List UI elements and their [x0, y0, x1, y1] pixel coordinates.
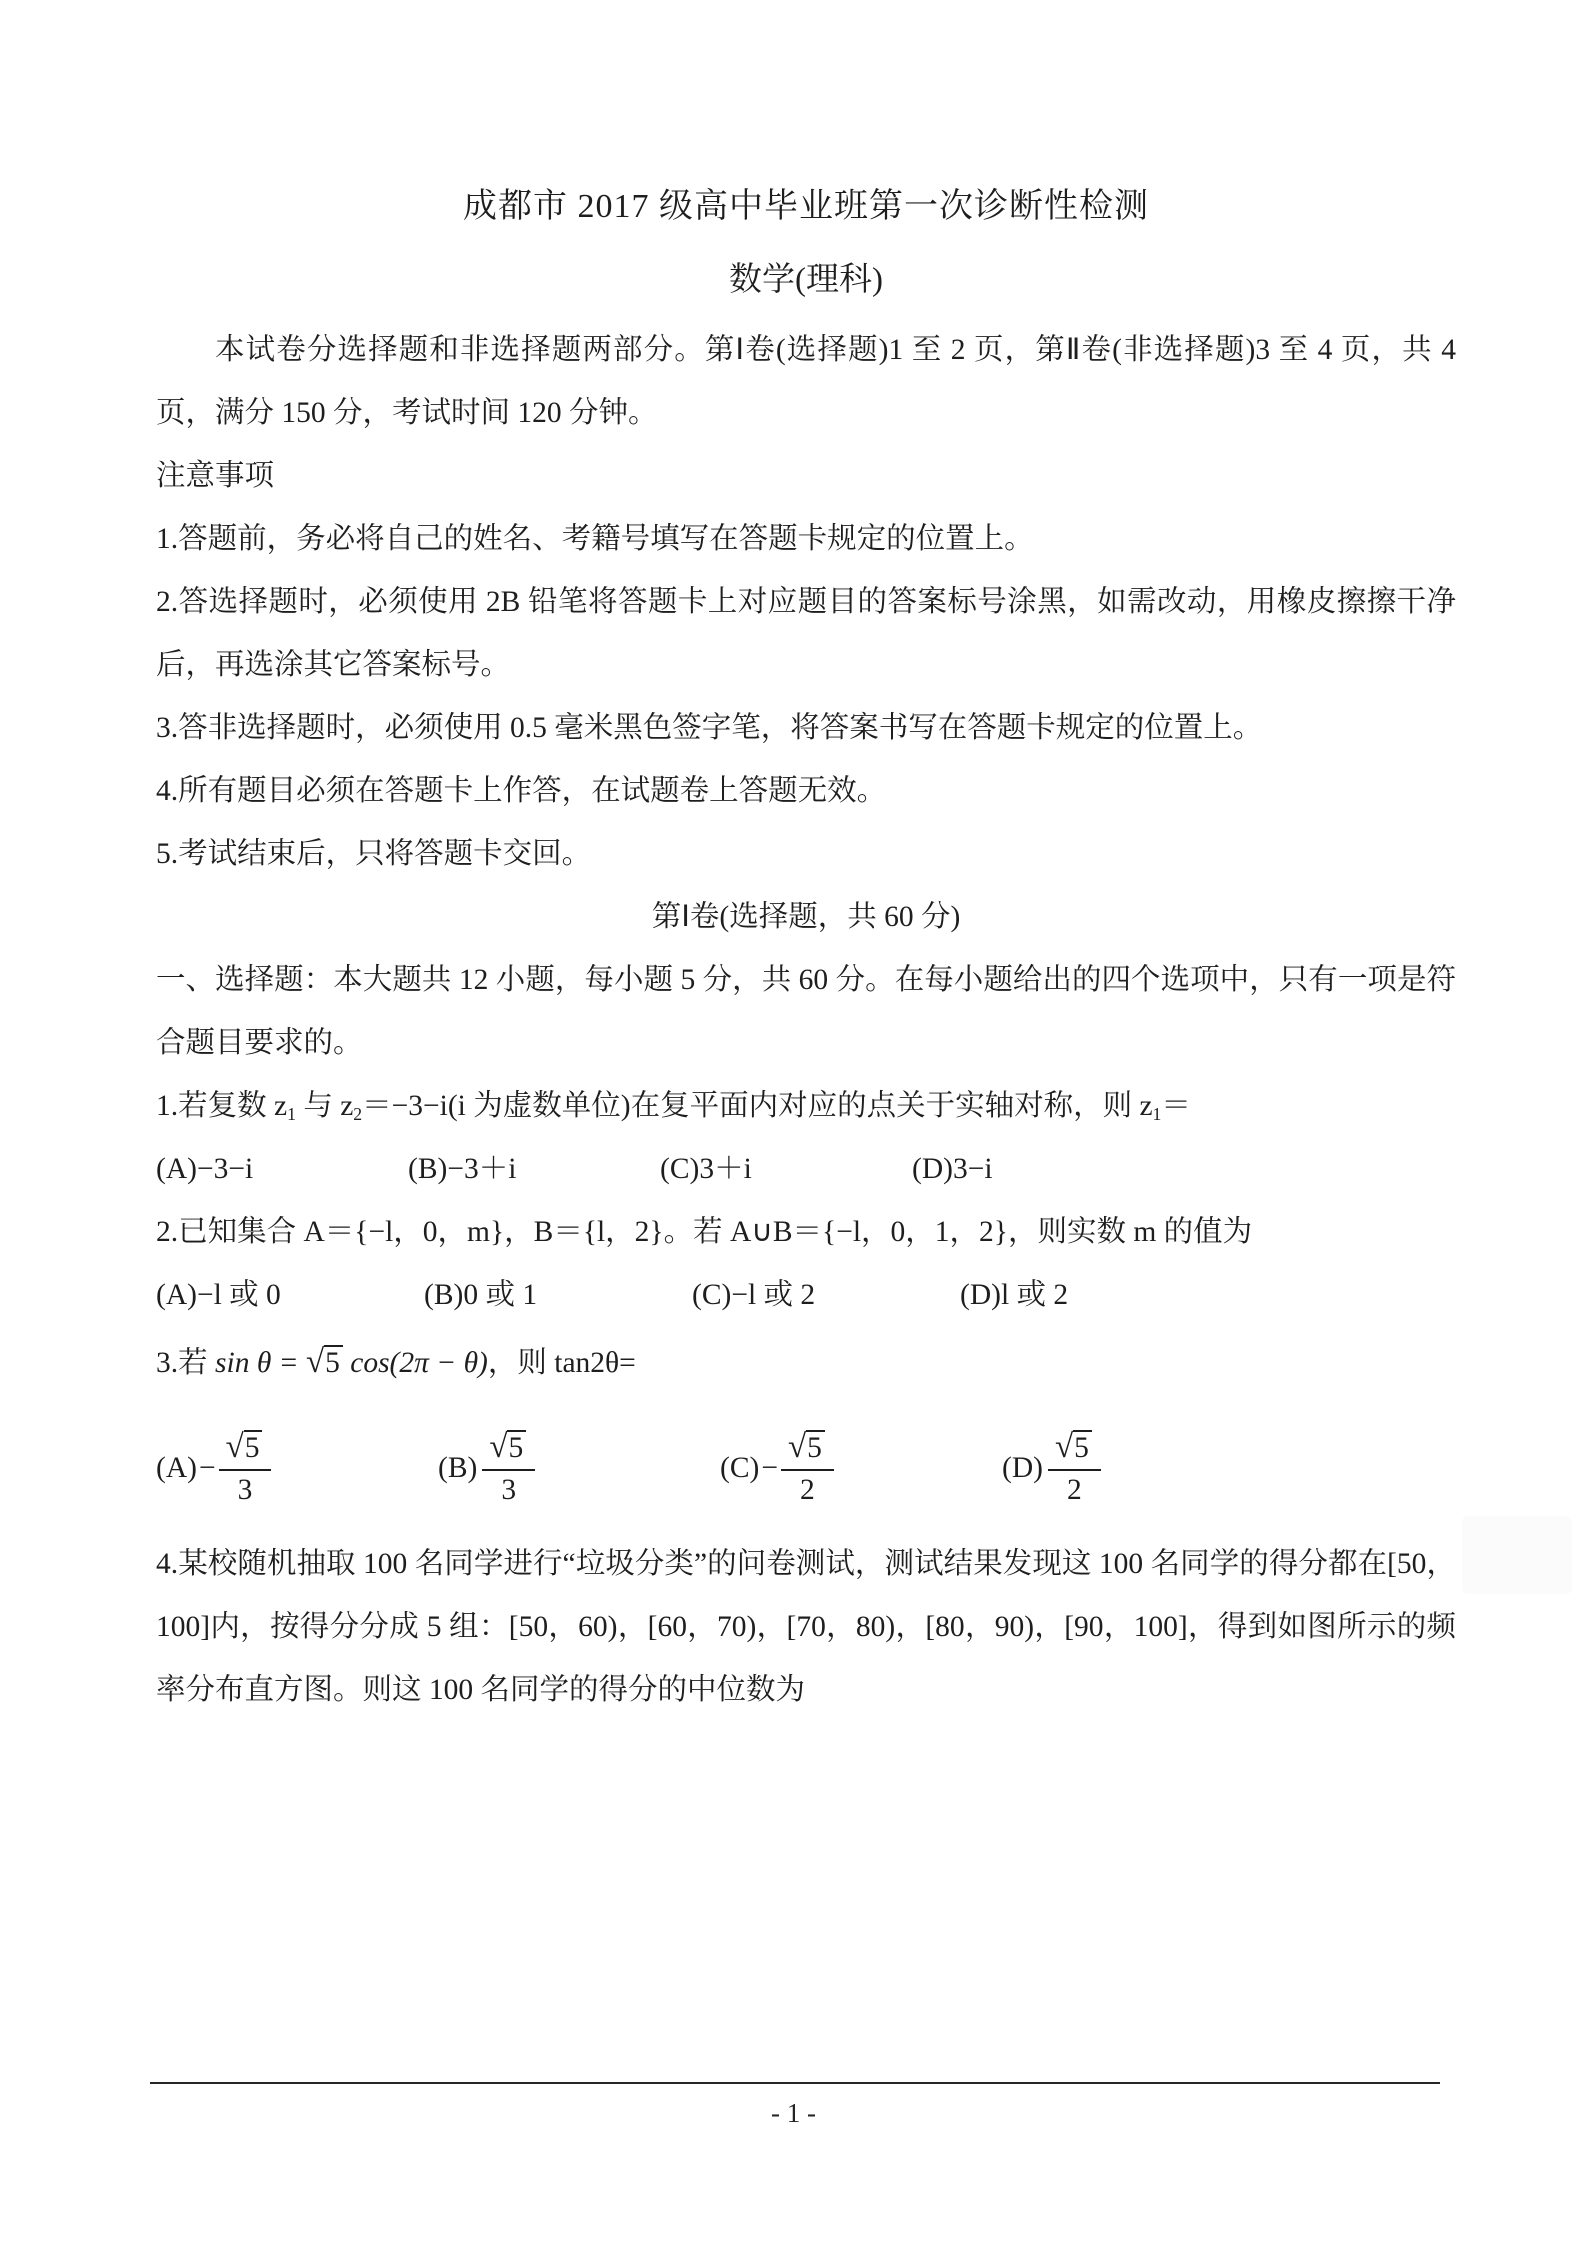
notes-heading: 注意事项 [156, 445, 1456, 508]
note-item-5: 5.考试结束后，只将答题卡交回。 [156, 823, 1456, 886]
minus-sign: − [199, 1437, 216, 1500]
question-1-text: 与 z [296, 1090, 353, 1122]
question-4-stem: 4.某校随机抽取 100 名同学进行“垃圾分类”的问卷测试，测试结果发现这 10… [156, 1533, 1456, 1722]
question-1-option-c: (C)3＋i [660, 1138, 912, 1201]
question-1-option-b: (B)−3＋i [408, 1138, 660, 1201]
question-3-text: 3.若 [156, 1347, 215, 1379]
denominator: 2 [781, 1471, 834, 1507]
radical-sign-icon: √ [489, 1429, 507, 1465]
note-item-3: 3.答非选择题时，必须使用 0.5 毫米黑色签字笔，将答案书写在答题卡规定的位置… [156, 697, 1456, 760]
question-3-option-a: (A)− √5 3 [156, 1429, 438, 1507]
fraction: √5 2 [781, 1429, 834, 1507]
question-2-options: (A)−l 或 0(B)0 或 1(C)−l 或 2(D)l 或 2 [156, 1264, 1456, 1327]
option-label: (D) [1002, 1437, 1043, 1500]
option-label: (C) [720, 1437, 759, 1500]
fraction: √5 3 [219, 1429, 272, 1507]
question-1-option-a: (A)−3−i [156, 1138, 408, 1201]
page-number: - 1 - [0, 2096, 1587, 2130]
question-1-text: ＝−3−i(i 为虚数单位)在复平面内对应的点关于实轴对称，则 z [362, 1090, 1152, 1122]
note-item-2: 2.答选择题时，必须使用 2B 铅笔将答题卡上对应题目的答案标号涂黑，如需改动，… [156, 571, 1456, 697]
question-2-option-b: (B)0 或 1 [424, 1264, 692, 1327]
question-1-options: (A)−3−i(B)−3＋i(C)3＋i(D)3−i [156, 1138, 1456, 1201]
question-3-option-b: (B) √5 3 [438, 1429, 720, 1507]
question-3-option-c: (C)− √5 2 [720, 1429, 1002, 1507]
question-1-text: ＝ [1161, 1090, 1191, 1122]
radicand: 5 [1073, 1430, 1092, 1464]
exam-subtitle: 数学(理科) [156, 259, 1456, 301]
denominator: 3 [482, 1471, 535, 1507]
subscript: 1 [287, 1104, 296, 1124]
minus-sign: − [761, 1437, 778, 1500]
question-1-stem: 1.若复数 z1 与 z2＝−3−i(i 为虚数单位)在复平面内对应的点关于实轴… [156, 1075, 1456, 1138]
page-content: 成都市 2017 级高中毕业班第一次诊断性检测 数学(理科) 本试卷分选择题和非… [156, 0, 1456, 1722]
radical-sign-icon: √ [1055, 1429, 1073, 1465]
math-sin-expression: sin θ = [215, 1347, 306, 1379]
radical-sign-icon: √ [226, 1429, 244, 1465]
question-3-options: (A)− √5 3 (B) √5 3 (C)− √5 2 [156, 1407, 1456, 1529]
question-3-stem: 3.若 sin θ = √5 cos(2π − θ)，则 tan2θ= [156, 1331, 1456, 1395]
radicand: 5 [324, 1345, 343, 1379]
subscript: 2 [353, 1104, 362, 1124]
question-2-option-c: (C)−l 或 2 [692, 1264, 960, 1327]
exam-intro-paragraph: 本试卷分选择题和非选择题两部分。第Ⅰ卷(选择题)1 至 2 页，第Ⅱ卷(非选择题… [156, 319, 1456, 445]
radicand: 5 [244, 1430, 263, 1464]
question-3-option-d: (D) √5 2 [1002, 1429, 1284, 1507]
option-label: (B) [438, 1437, 477, 1500]
option-label: (A) [156, 1437, 197, 1500]
question-3-text: ，则 tan2θ= [488, 1347, 636, 1379]
radical-sign-icon: √5 [306, 1347, 343, 1379]
radicand: 5 [806, 1430, 825, 1464]
note-item-4: 4.所有题目必须在答题卡上作答，在试题卷上答题无效。 [156, 760, 1456, 823]
math-cos-expression: cos(2π − θ) [343, 1347, 488, 1379]
question-2-option-d: (D)l 或 2 [960, 1264, 1228, 1327]
exam-paper-page: 成都市 2017 级高中毕业班第一次诊断性检测 数学(理科) 本试卷分选择题和非… [0, 0, 1587, 2245]
radical-sign-icon: √ [788, 1429, 806, 1465]
denominator: 2 [1048, 1471, 1101, 1507]
question-2-option-a: (A)−l 或 0 [156, 1264, 424, 1327]
question-1-text: 1.若复数 z [156, 1090, 287, 1122]
note-item-1: 1.答题前，务必将自己的姓名、考籍号填写在答题卡规定的位置上。 [156, 508, 1456, 571]
fraction: √5 3 [482, 1429, 535, 1507]
question-1-option-d: (D)3−i [912, 1138, 1164, 1201]
radicand: 5 [507, 1430, 526, 1464]
section-1-instructions: 一、选择题：本大题共 12 小题，每小题 5 分，共 60 分。在每小题给出的四… [156, 949, 1456, 1075]
denominator: 3 [219, 1471, 272, 1507]
scan-artifact [1462, 1516, 1572, 1594]
footer-divider [150, 2082, 1440, 2084]
section-1-title: 第Ⅰ卷(选择题，共 60 分) [156, 886, 1456, 949]
question-2-stem: 2.已知集合 A＝{−l，0，m}，B＝{l，2}。若 A∪B＝{−l，0，1，… [156, 1201, 1456, 1264]
fraction: √5 2 [1048, 1429, 1101, 1507]
exam-title: 成都市 2017 级高中毕业班第一次诊断性检测 [156, 186, 1456, 228]
